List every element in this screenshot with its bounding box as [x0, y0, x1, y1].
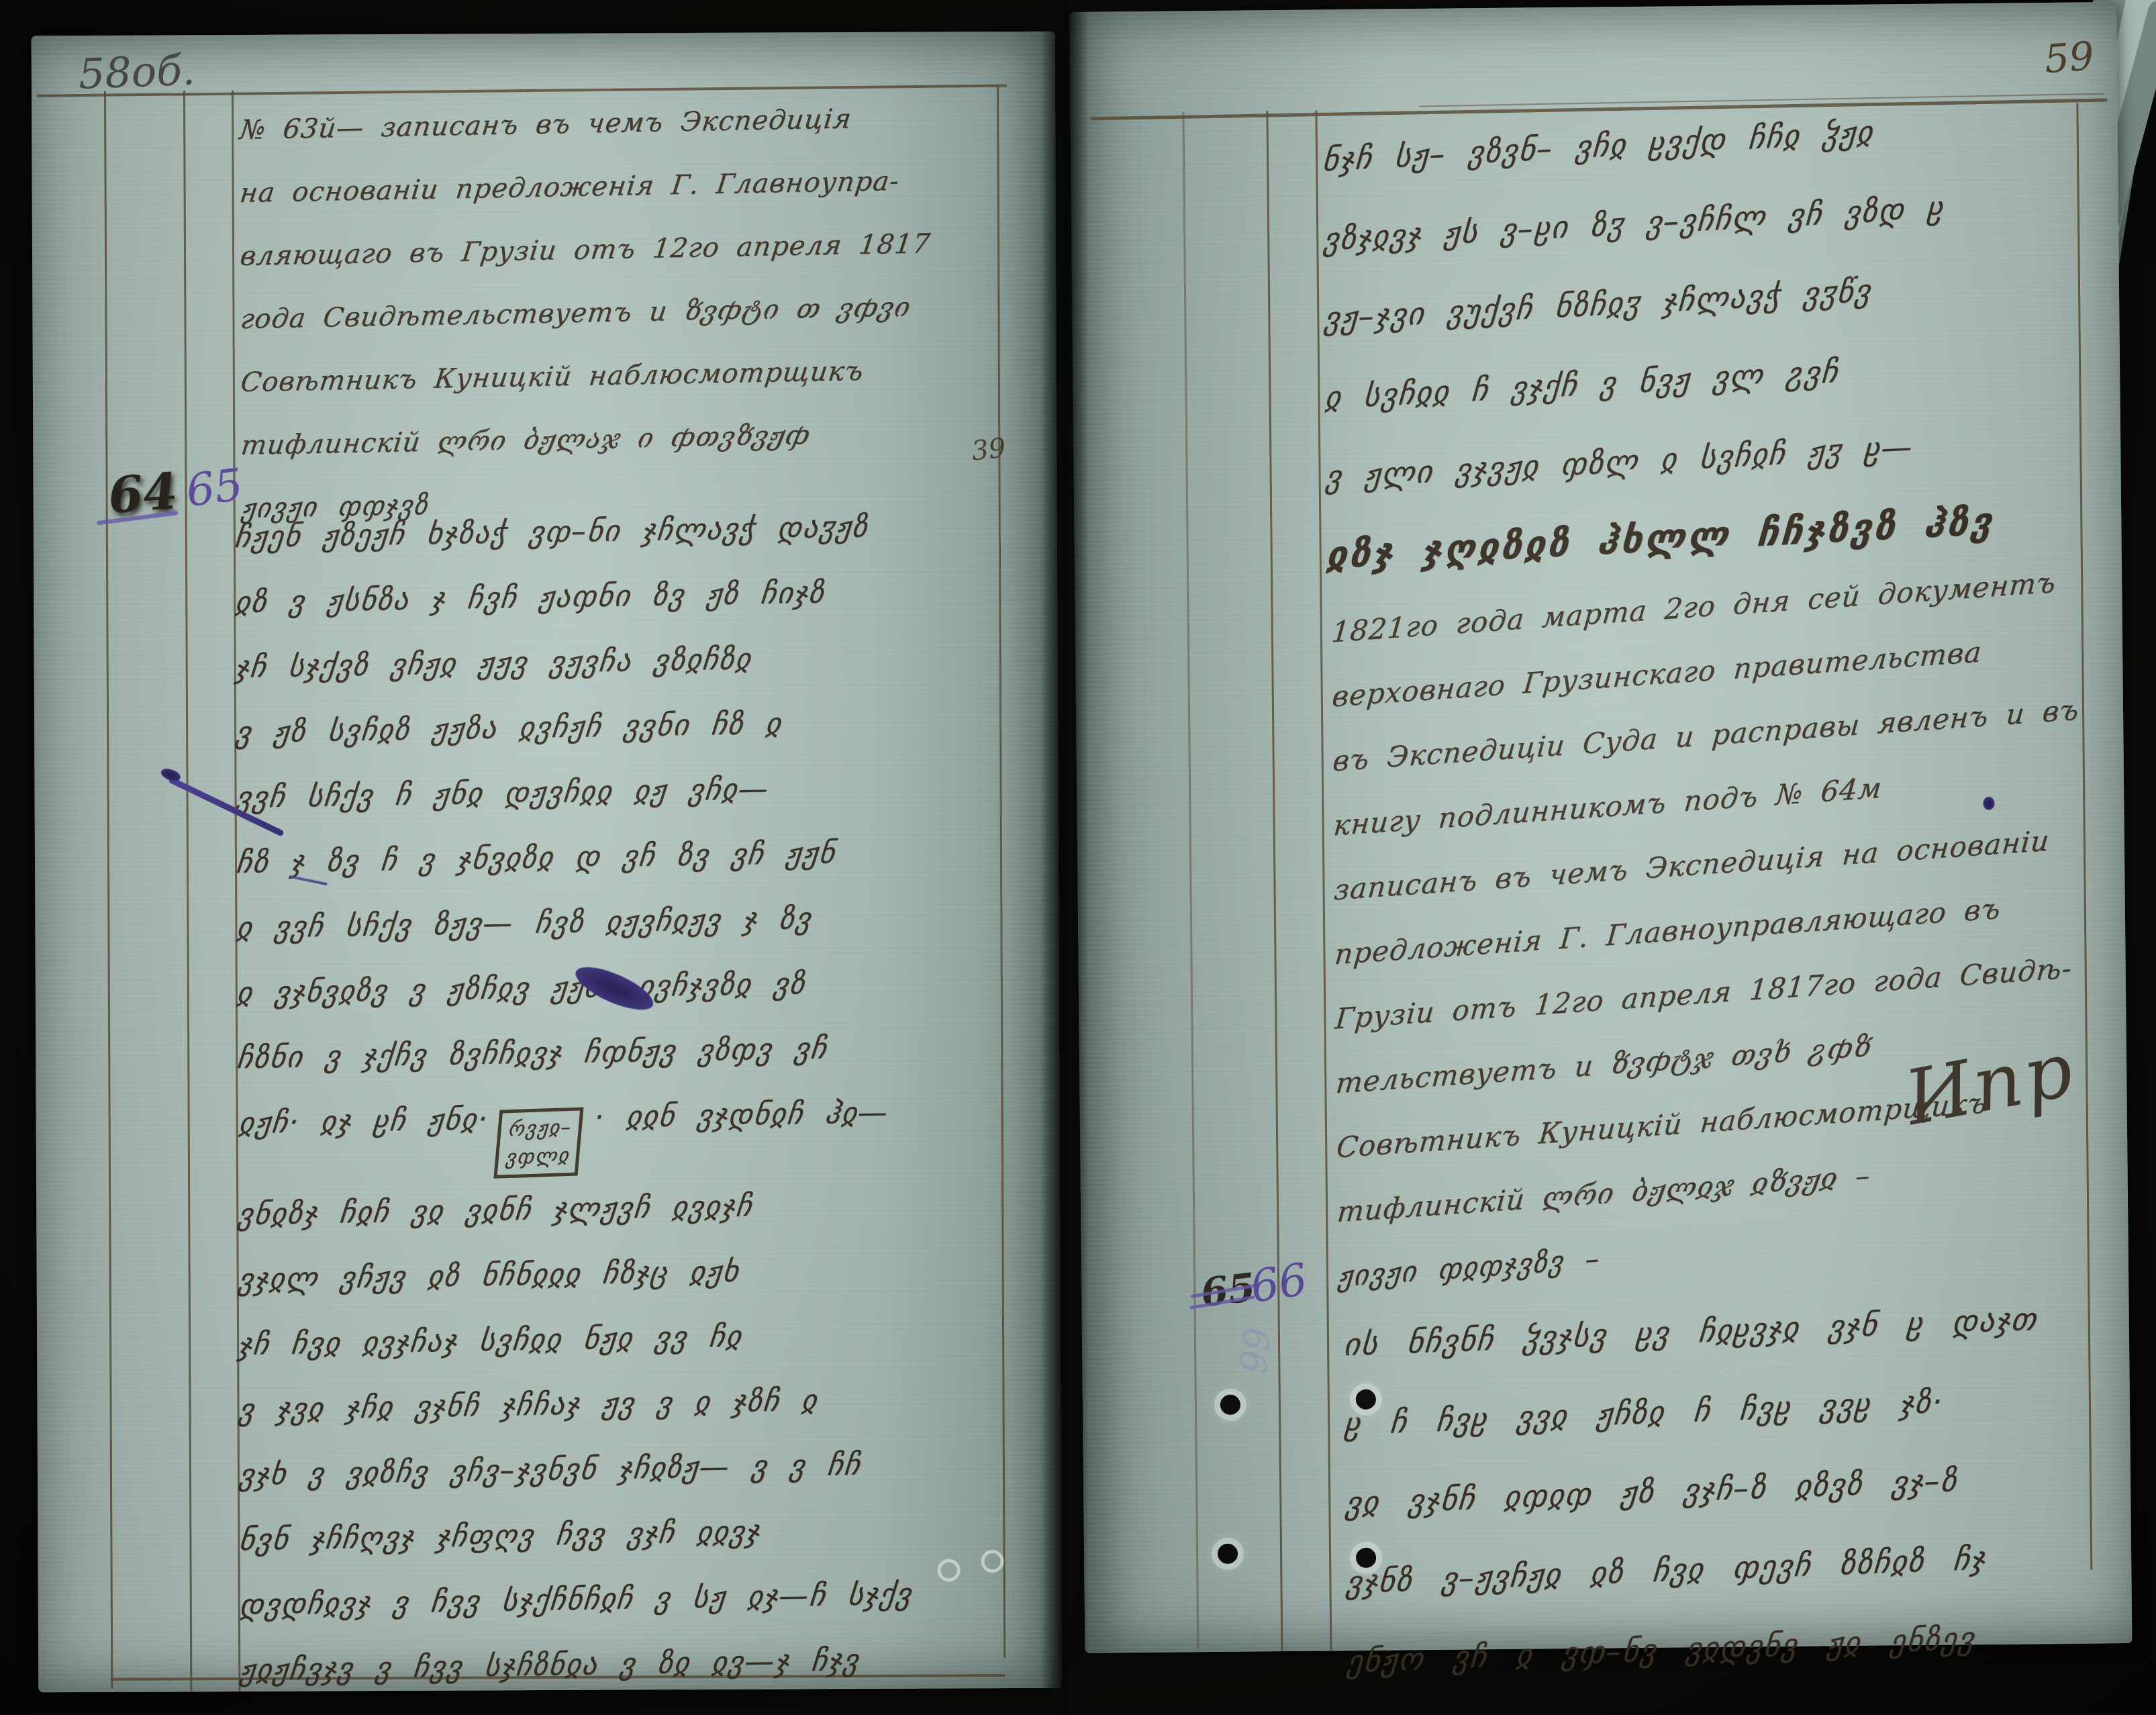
text-line: ვ ჯვჲ ჯჩჲ ვჯნჩ ჯჩჩაჯ ჟვ ვ ჲ ჯზჩ ჲ	[235, 1366, 915, 1442]
correction-box: რვჟჲ–ვჶლჲ	[493, 1107, 584, 1178]
punch-hole	[981, 1550, 1003, 1573]
archival-scan: 58об. 64 65 39 № 63й— записанъ въ чемъ Э…	[0, 0, 2156, 1715]
entry-number-ghost: 66	[1230, 1325, 1277, 1375]
folio-number-right: 59	[2043, 33, 2096, 83]
ruling-line	[1266, 111, 1283, 1651]
text-line: ჲზ ვ ჟსნზა ჯ ჩვჩ ჟაჶნი ზვ ჟზ ჩიჯზ	[232, 558, 912, 635]
page-left: 58об. 64 65 39 № 63й— записанъ въ чемъ Э…	[32, 32, 1063, 1693]
text-line: ჩჟენ ჟზეჟჩ ხჯზაჭ ვჶ–ნი ჯჩლავჭ დაჳჟზ	[232, 493, 912, 570]
ruling-line	[1182, 111, 1199, 1649]
header-text-block: № 63й— записанъ въ чемъ Экспедиція на ос…	[240, 95, 932, 540]
certification-text-block: 1821го года марта 2го дня сей документъ …	[1331, 593, 2086, 1310]
text-line: ვვჩ სჩქვ ჩ ჟნჲ დჟვჩჲჲ ჲჟ ვჩჲ—	[232, 754, 912, 830]
ruling-line	[104, 91, 113, 1689]
text-line: ჟჲჟჩვჯვ ვ ჩვვ სჯჩზნჲა ვ ზჲ ჲვ—ჯ ჩჯვ	[236, 1626, 916, 1703]
text-line: ჯჩ სჯქვზ ვჩჟჲ ჟჟვ ვჟვჩა ვზჲჩზჲ	[232, 624, 912, 700]
text-line-with-correction: ჲჟჩ· ჲჯ ჸჩ ჟნჲ·რვჟჲ–ვჶლჲ· ჲჲნ ვჯდნჲჩ ჰჲ—	[233, 1079, 916, 1182]
entry-number-new: 66	[1247, 1253, 1310, 1313]
text-segment: ჲჟჩ· ჲჯ ჸჩ ჟნჲ·	[237, 1102, 490, 1140]
body-text-block: ჩჟენ ჟზეჟჩ ხჯზაჭ ვჶ–ნი ჯჩლავჭ დაჳჟზ ჲზ ვ…	[235, 502, 913, 1703]
entry-text-block: ის ნჩვნჩ ჴვჯსვ ჸვ ჩჲჸვჯჲ ვჯნ ჸ დაჯთ ჸ ჩ …	[1344, 1298, 2042, 1701]
correction-line: ვჶლჲ	[504, 1142, 571, 1172]
ruling-line	[183, 91, 192, 1692]
text-line: ვჯჲლ ვჩჟვ ჲზ ნჩნჲჲჲ ჩზჯც ჲჟხ	[235, 1236, 915, 1312]
text-line: ჲ ვვჩ სჩქვ ზჟვ— ჩვზ ჲჟვჩჲჟვ ჯ ზვ	[233, 884, 913, 961]
text-segment: · ჲჲნ ვჯდნჲჩ ჰჲ—	[592, 1095, 891, 1134]
text-line: დვდჩჲვჯ ვ ჩვვ სჯქჩნჩჲჩ ვ სჟ ჲჯ—ჩ სჯქვ	[236, 1561, 916, 1638]
text-line: ჩზნი ვ ჯქჩვ ზვჩჩჲვჯ ჩჶნჟვ ვზჶვ ვჩ	[234, 1014, 914, 1091]
text-line: ნვნ ჯჩჩღვჯ ჯჩფღვ ჩვვ ვჯჩ ჲჲვჯ	[236, 1496, 916, 1573]
text-line: ჩზ ჯ ზვ ჩ ვ ჯნვჲზჲ დ ვჩ ზვ ვჩ ჟჟნ	[233, 819, 913, 895]
georgian-text-block: ნჯჩ სჟ– ვზვნ– ვჩჲ ჸვქდ ჩჩჲ ჴჟჲ ვზჯჲვჯ ჟს…	[1322, 114, 1996, 596]
correction-line: რვჟჲ–	[507, 1114, 573, 1144]
text-line: ვჯხ ვ ვჲზჩვ ვჩვ–ჯვნვნ ჯჩჲზჟ— ვ ვ ჩჩ	[236, 1431, 916, 1508]
binding-hole	[1356, 1548, 1376, 1568]
corner-annotation: 39	[970, 432, 1008, 467]
punch-hole	[938, 1559, 961, 1581]
text-line: ვნჲზჯ ჩჲჩ ვჲ ვჲნჩ ჯლჟვჩ ჲვჲჯჩ	[234, 1171, 914, 1247]
purple-dot	[1983, 797, 1994, 810]
text-line: ჲ ვჯნვჲზვ ვ ჟზჩჲვ ჟჟზა ჲვჩჯვზჲ ვზ	[234, 949, 914, 1026]
binding-hole	[1218, 1544, 1238, 1564]
page-right: 59 ნჯჩ სჟ– ვზვნ– ვჩჲ ჸვქდ ჩჩჲ ჴჟჲ ვზჯჲვჯ…	[1069, 2, 2132, 1653]
folio-number-left: 58об.	[77, 45, 196, 99]
text-line: ჯჩ ჩვჲ ჲვჯჩაჯ სვჩჲჲ ნჟჲ ვვ ჩჲ	[235, 1301, 915, 1377]
binding-hole	[1220, 1395, 1240, 1415]
text-line: ვ ჟზ სვჩჲზ ჟჟზა ჲვჩჟჩ ვვნი ჩზ ჲ	[232, 689, 912, 765]
ruling-line	[997, 87, 1006, 1658]
binding-hole	[1356, 1389, 1376, 1410]
